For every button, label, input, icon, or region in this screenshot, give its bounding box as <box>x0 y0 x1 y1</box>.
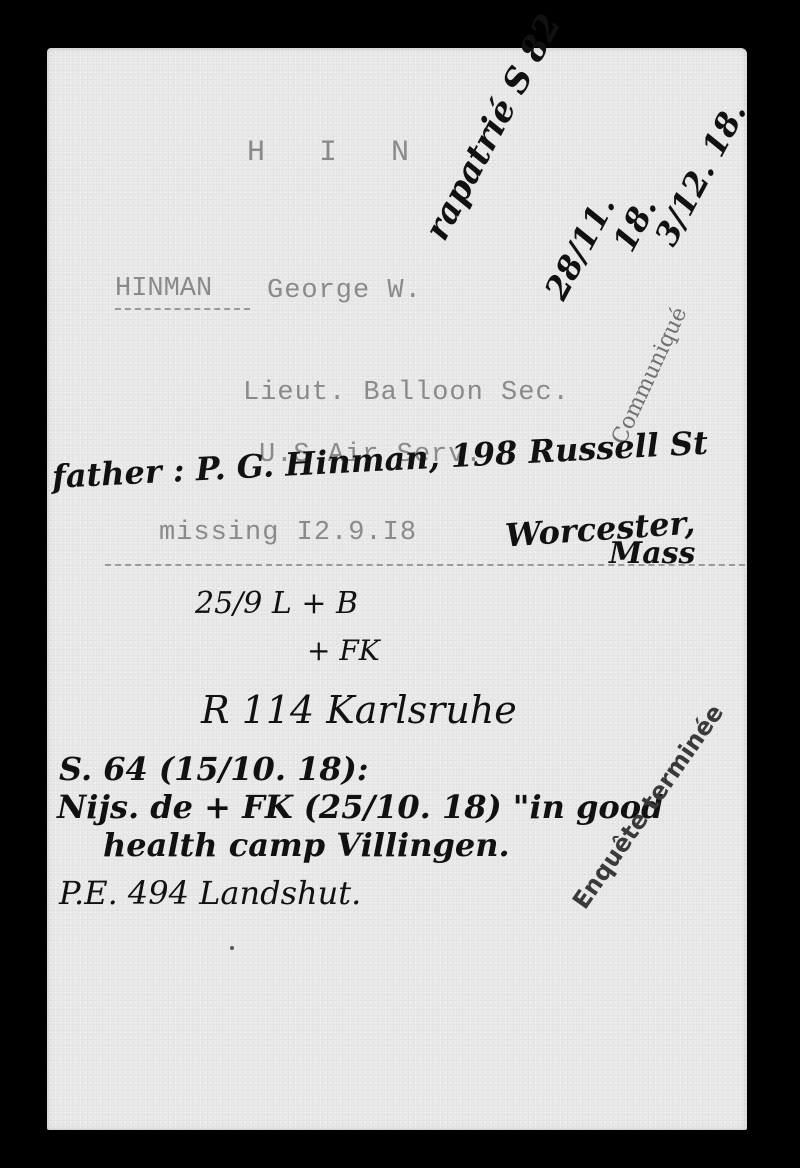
address-state: Mass <box>609 536 695 571</box>
camp-note: R 114 Karlsruhe <box>201 688 517 732</box>
pe-note: P.E. 494 Landshut. <box>59 874 361 912</box>
given-names: George W. <box>267 276 422 306</box>
index-card: H I N HINMAN George W. Lieut. Balloon Se… <box>47 48 747 1130</box>
surname: HINMAN <box>115 274 212 304</box>
repatriation-date-2: 3/12. 18. <box>647 96 754 252</box>
report-line-2: Nijs. de + FK (25/10. 18) "in good <box>57 788 663 826</box>
father-address: father : P. G. Hinman, 198 Russell St <box>51 424 709 496</box>
report-line-3: health camp Villingen. <box>103 826 510 864</box>
rank-unit: Lieut. Balloon Sec. <box>243 378 570 408</box>
ink-dot <box>230 946 234 950</box>
report-line-1: S. 64 (15/10. 18): <box>59 750 369 788</box>
surname-underline <box>115 308 250 310</box>
note-date-1-cont: + FK <box>307 634 380 667</box>
repatriation-note: rapatrié S 82 <box>417 8 569 247</box>
note-date-1: 25/9 L + B <box>195 586 358 621</box>
repatriation-date-1: 28/11. <box>537 189 623 306</box>
missing-status: missing I2.9.I8 <box>159 518 417 548</box>
index-header: H I N <box>247 136 427 170</box>
